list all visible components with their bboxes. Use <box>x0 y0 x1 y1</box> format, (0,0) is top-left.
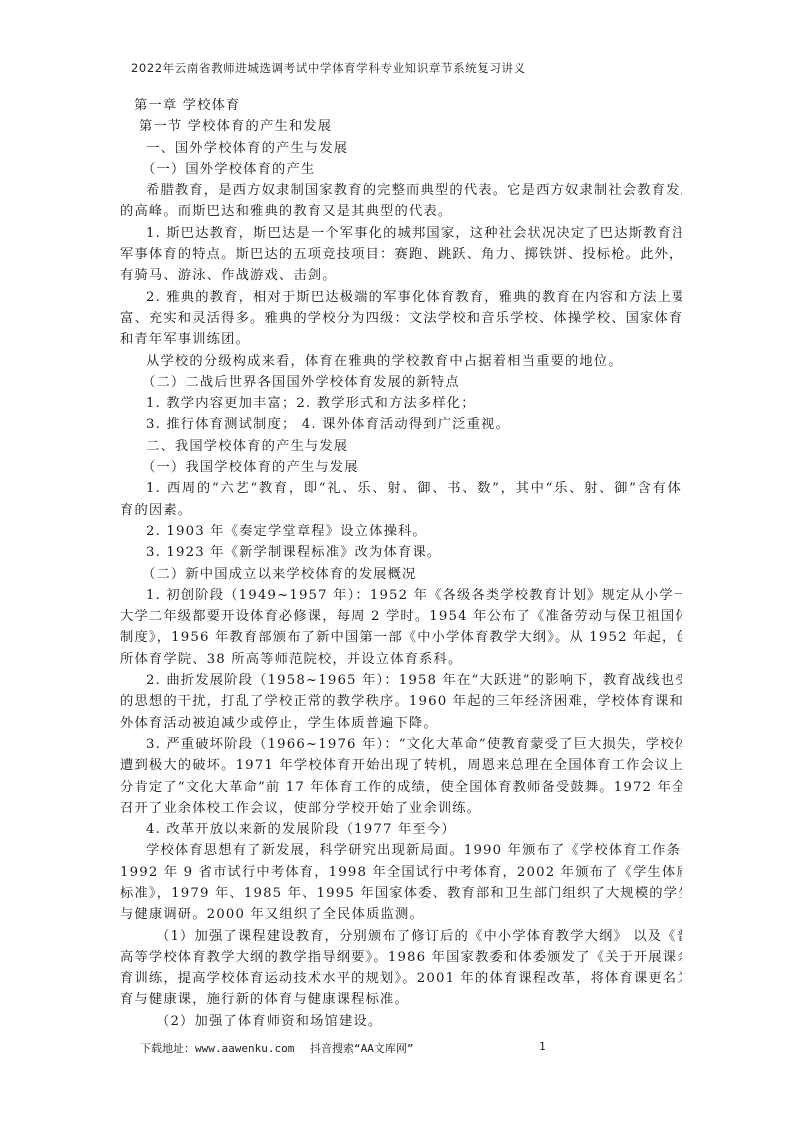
text-line: 学校体育思想有了新发展，科学研究出现新局面。1990 年颁布了《学校体育工作条例… <box>120 840 682 861</box>
text-line: 3. 1923 年《新学制课程标准》改为体育课。 <box>120 542 682 563</box>
text-line: 和青年军事训练团。 <box>120 329 682 350</box>
document-body: 第一章 学校体育 第一节 学校体育的产生和发展 一、国外学校体育的产生与发展（一… <box>120 95 682 1032</box>
text-line: 的思想的干扰，打乱了学校正常的教学秩序。1960 年起的三年经济困难，学校体育课… <box>120 691 682 712</box>
page-header: 2022年云南省教师进城选调考试中学体育学科专业知识章节系统复习讲义 <box>131 60 526 76</box>
paragraph-lines: 一、国外学校体育的产生与发展（一）国外学校体育的产生希腊教育，是西方奴隶制国家教… <box>120 138 682 1032</box>
text-line: 育的因素。 <box>120 500 682 521</box>
text-line: 2. 雅典的教育，相对于斯巴达极端的军事化体育教育，雅典的教育在内容和方法上要丰 <box>120 287 682 308</box>
heading-line: （二）二战后世界各国国外学校体育发展的新特点 <box>120 372 682 393</box>
heading-line: （二）新中国成立以来学校体育的发展概况 <box>120 564 682 585</box>
text-line: 育与健康课，施行新的体育与健康课程标准。 <box>120 989 682 1010</box>
text-line: 与健康调研。2000 年又组织了全民体质监测。 <box>120 904 682 925</box>
text-line: 1. 斯巴达教育，斯巴达是一个军事化的城邦国家，这种社会状况决定了巴达斯教育注重 <box>120 223 682 244</box>
download-link[interactable]: 下载地址：www.aawenku.com <box>140 1040 294 1056</box>
text-line: （2）加强了体育师资和场馆建设。 <box>120 1011 682 1032</box>
text-line: 1. 西周的“六艺“教育，即“礼、乐、射、御、书、数”，其中“乐、射、御”含有体 <box>120 478 682 499</box>
text-line: 外体育活动被迫减少或停止，学生体质普遍下降。 <box>120 713 682 734</box>
text-line: （1）加强了课程建设教育，分别颁布了修订后的《中小学体育教学大纲》 以及《普通 <box>120 926 682 947</box>
text-line: 高等学校体育教学大纲的教学指导纲要》。1986 年国家教委和体委颁发了《关于开展… <box>120 947 682 968</box>
text-line: 分肯定了“文化大革命”前 17 年体育工作的成绩，使全国体育教师备受鼓舞。197… <box>120 777 682 798</box>
text-line: 制度》，1956 年教育部颁布了新中国第一部《中小学体育教学大纲》。从 1952… <box>120 627 682 648</box>
text-line: 2. 曲折发展阶段（1958~1965 年）：1958 年在“大跃进”的影响下，… <box>120 670 682 691</box>
text-line: 1. 初创阶段（1949~1957 年）：1952 年《各级各类学校教育计划》规… <box>120 585 682 606</box>
text-line: 大学二年级都要开设体育必修课，每周 2 学时。1954 年公布了《准备劳动与保卫… <box>120 606 682 627</box>
text-line: 所体育学院、38 所高等师范院校，并设立体育系科。 <box>120 649 682 670</box>
text-line: 1. 教学内容更加丰富；2. 教学形式和方法多样化； <box>120 393 682 414</box>
text-line: 从学校的分级构成来看，体育在雅典的学校教育中占据着相当重要的地位。 <box>120 351 682 372</box>
text-line: 召开了业余体校工作会议，使部分学校开始了业余训练。 <box>120 798 682 819</box>
text-line: 育训练，提高学校体育运动技术水平的规划》。2001 年的体育课程改革，将体育课更… <box>120 968 682 989</box>
section-title: 第一节 学校体育的产生和发展 <box>120 116 682 137</box>
page-number: 1 <box>539 1040 546 1053</box>
text-line: 遭到极大的破坏。1971 年学校体育开始出现了转机，周恩来总理在全国体育工作会议… <box>120 755 682 776</box>
text-line: 的高峰。而斯巴达和雅典的教育又是其典型的代表。 <box>120 201 682 222</box>
search-hint: 抖音搜索“AA文库网” <box>310 1040 414 1056</box>
text-line: 2. 1903 年《奏定学堂章程》设立体操科。 <box>120 521 682 542</box>
heading-line: （一）国外学校体育的产生 <box>120 159 682 180</box>
heading-line: 一、国外学校体育的产生与发展 <box>120 138 682 159</box>
text-line: 有骑马、游泳、作战游戏、击剑。 <box>120 265 682 286</box>
heading-line: 二、我国学校体育的产生与发展 <box>120 436 682 457</box>
text-line: 标准》，1979 年、1985 年、1995 年国家体委、教育部和卫生部门组织了… <box>120 883 682 904</box>
text-line: 3. 推行体育测试制度； 4. 课外体育活动得到广泛重视。 <box>120 414 682 435</box>
heading-line: （一）我国学校体育的产生与发展 <box>120 457 682 478</box>
text-line: 希腊教育，是西方奴隶制国家教育的完整而典型的代表。它是西方奴隶制社会教育发展 <box>120 180 682 201</box>
text-line: 富、充实和灵活得多。雅典的学校分为四级：文法学校和音乐学校、体操学校、国家体育馆 <box>120 308 682 329</box>
chapter-title: 第一章 学校体育 <box>120 95 682 116</box>
text-line: 1992 年 9 省市试行中考体育，1998 年全国试行中考体育，2002 年颁… <box>120 862 682 883</box>
text-line: 4. 改革开放以来新的发展阶段（1977 年至今） <box>120 819 682 840</box>
text-line: 3. 严重破坏阶段（1966~1976 年）：“文化大革命”使教育蒙受了巨大损失… <box>120 734 682 755</box>
text-line: 军事体育的特点。斯巴达的五项竞技项目：赛跑、跳跃、角力、掷铁饼、投标枪。此外，还 <box>120 244 682 265</box>
